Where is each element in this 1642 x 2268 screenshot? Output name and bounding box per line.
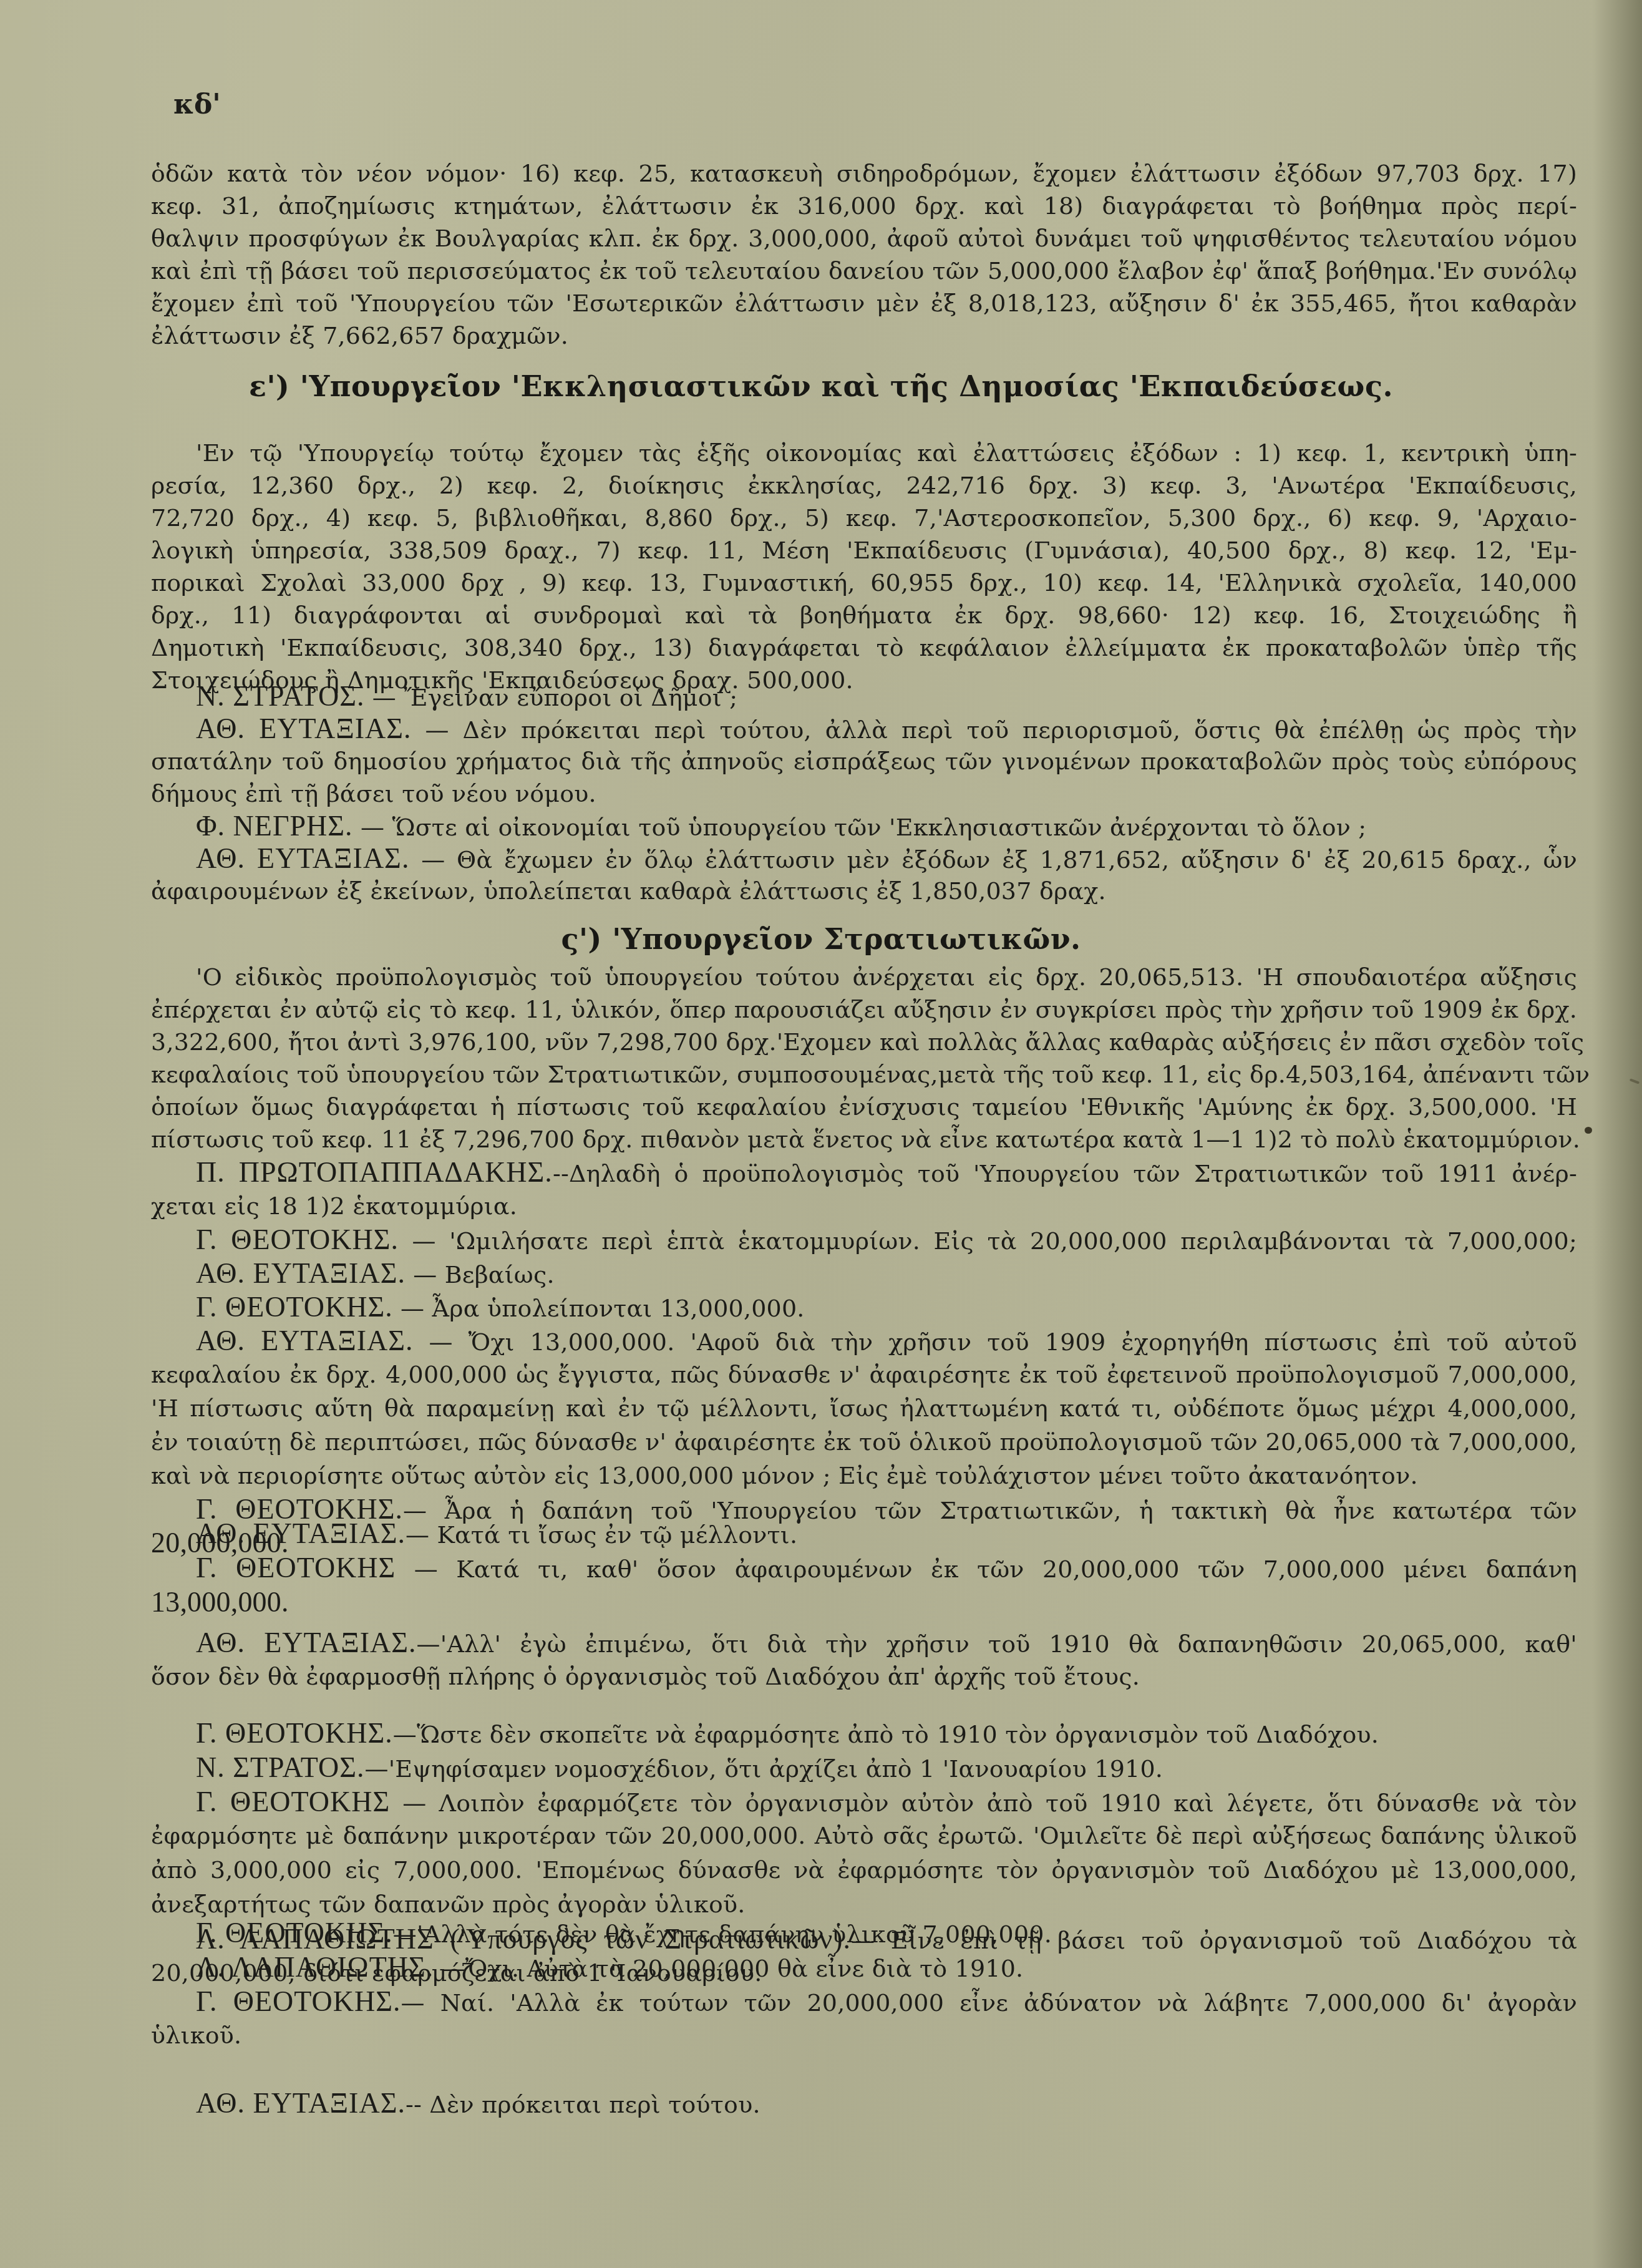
text-line: δρχ., 11) διαγράφονται αἱ συνδρομαὶ καὶ … <box>151 599 1577 631</box>
speaker-name: Π. ΠΡΩΤΟΠΑΠΠΑΔΑΚΗΣ. <box>196 1156 553 1188</box>
military-paragraph: 'Ο εἰδικὸς προϋπολογισμὸς τοῦ ὑπουργείου… <box>151 961 1577 1156</box>
text-line: 3,322,600, ἤτοι ἀντὶ 3,976,100, νῦν 7,29… <box>151 1026 1577 1058</box>
speech-text: — Ὥστε αἱ οἰκονομίαι τοῦ ὑπουργείου τῶν … <box>361 814 1366 841</box>
speech-text: Ἆρα ὑπολείπονται 13,000,000. <box>432 1295 805 1322</box>
speaker-name: Γ. ΘΕΟΤΟΚΗΣ. <box>196 1917 393 1949</box>
text-line: ἐφαρμόσητε μὲ δαπάνην μικροτέραν τῶν 20,… <box>151 1819 1577 1853</box>
speaker-turn: Ν. ΣΤΡΑΤΟΣ.—'Εψηφίσαμεν νομοσχέδιον, ὅτι… <box>151 1750 1577 1784</box>
text-line: ἔχομεν ἐπὶ τοῦ 'Υπουργείου τῶν 'Εσωτερικ… <box>151 287 1577 319</box>
speaker-turn: Λ. ΛΑΠΑΘΙΩΤΗΣ. —Ὄχι. Αὐτὰ τὰ 20,000,000 … <box>151 1950 1577 1984</box>
military-debate-part-4: Γ. ΘΕΟΤΟΚΗΣ.—'Αλλὰ τότε δὲν θὰ ἔχητε δαπ… <box>151 1915 1577 2053</box>
ecclesiastical-paragraph: 'Εν τῷ 'Υπουργείῳ τούτῳ ἔχομεν τὰς ἑξῆς … <box>151 437 1577 696</box>
section-heading-military: ς') 'Υπουργεῖον Στρατιωτικῶν. <box>0 922 1642 956</box>
speaker-turn: Γ. ΘΕΟΤΟΚΗΣ.—'Αλλὰ τότε δὲν θὰ ἔχητε δαπ… <box>151 1915 1577 1950</box>
speech-text: — Θὰ ἔχωμεν ἐν ὅλῳ ἐλάττωσιν μὲν ἐξόδων … <box>421 846 1577 874</box>
speech-text: — Ἔγειναν εὔποροι οἱ Δῆμοι ; <box>372 684 738 711</box>
text-line: ὅσον δὲν θὰ ἐφαρμοσθῇ πλήρης ὁ ὀργανισμὸ… <box>151 1660 1577 1694</box>
speech-text: 'Αλλ' ἐγὼ ἐπιμένω, ὅτι διὰ τὴν χρῆσιν το… <box>440 1630 1577 1658</box>
speaker-turn: Γ. ΘΕΟΤΟΚΗΣ. — 'Ωμιλήσατε περὶ ἑπτὰ ἑκατ… <box>151 1223 1577 1257</box>
speaker-name: Ν. ΣΤΡΑΤΟΣ. <box>196 1751 364 1783</box>
text-line: ρεσία, 12,360 δρχ., 2) κεφ. 2, διοίκησις… <box>151 469 1577 502</box>
military-debate-part-1: Π. ΠΡΩΤΟΠΑΠΠΑΔΑΚΗΣ.--Δηλαδὴ ὁ προϋπολογι… <box>151 1156 1577 1560</box>
section-heading-ecclesiastical: ε') 'Υπουργεῖον 'Εκκλησιαστικῶν καὶ τῆς … <box>0 369 1642 403</box>
speaker-turn: ΑΘ. ΕΥΤΑΞΙΑΣ.-- Δὲν πρόκειται περὶ τούτο… <box>151 2087 1577 2120</box>
text-line: ἐν τοιαύτῃ δὲ περιπτώσει, πῶς δύνασθε ν'… <box>151 1425 1577 1459</box>
text-line: 'Η πίστωσις αὕτη θὰ παραμείνῃ καὶ ἐν τῷ … <box>151 1391 1577 1425</box>
speech-text: Δηλαδὴ ὁ προϋπολογισμὸς τοῦ 'Υπουργείου … <box>569 1160 1577 1187</box>
speaker-turn: Π. ΠΡΩΤΟΠΑΠΠΑΔΑΚΗΣ.--Δηλαδὴ ὁ προϋπολογι… <box>151 1156 1577 1189</box>
speech-text: — Δὲν πρόκειται περὶ τούτου, ἀλλὰ περὶ τ… <box>425 716 1577 744</box>
speech-text: Βεβαίως. <box>445 1261 555 1288</box>
speaker-name: Γ. ΘΕΟΤΟΚΗΣ <box>196 1786 390 1818</box>
speaker-name: ΑΘ. ΕΥΤΑΞΙΑΣ. <box>196 842 409 874</box>
text-line: 'Ο εἰδικὸς προϋπολογισμὸς τοῦ ὑπουργείου… <box>151 961 1577 993</box>
page-number: κδ' <box>173 89 221 120</box>
text-line: θαλψιν προσφύγων ἐκ Βουλγαρίας κλπ. ἐκ δ… <box>151 222 1577 255</box>
speech-text: Κατά τι, καθ' ὅσον ἀφαιρουμένων ἐκ τῶν 2… <box>456 1555 1577 1583</box>
speaker-name: ΑΘ. ΕΥΤΑΞΙΑΣ. <box>196 1257 406 1289</box>
speaker-name: ΑΘ. ΕΥΤΑΞΙΑΣ. <box>196 1325 414 1356</box>
text-line: 13,000,000. <box>151 1585 1577 1619</box>
speaker-name: Ν. ΣΤΡΑΤΟΣ. <box>196 680 364 712</box>
speech-text: Ὄχι 13,000,000. 'Αφοῦ διὰ τὴν χρῆσιν τοῦ… <box>469 1328 1577 1356</box>
speaker-name: Γ. ΘΕΟΤΟΚΗΣ. <box>196 1717 393 1749</box>
speaker-name: Γ. ΘΕΟΤΟΚΗΣ. <box>196 1291 393 1323</box>
interior-ministry-paragraph: ὁδῶν κατὰ τὸν νέον νόμον· 16) κεφ. 25, κ… <box>151 157 1577 352</box>
text-line: ὑλικοῦ. <box>151 2018 1577 2053</box>
speech-text: Ὄχι. Αὐτὰ τὰ 20,000,000 θὰ εἶνε διὰ τὸ 1… <box>465 1955 1024 1982</box>
speaker-name: ΑΘ. ΕΥΤΑΞΙΑΣ. <box>196 2087 406 2119</box>
text-line: δήμους ἐπὶ τῇ βάσει τοῦ νέου νόμου. <box>151 777 1577 810</box>
speaker-turn: Φ. ΝΕΓΡΗΣ. — Ὥστε αἱ οἰκονομίαι τοῦ ὑπου… <box>151 810 1577 842</box>
speaker-name: Λ. ΛΑΠΑΘΙΩΤΗΣ. <box>196 1951 434 1983</box>
paper-blemish-mark <box>1630 1078 1640 1084</box>
speech-text: Δὲν πρόκειται περὶ τούτου. <box>429 2091 760 2118</box>
speech-text: Κατά τι ἴσως ἐν τῷ μέλλοντι. <box>437 1521 797 1549</box>
text-line: ἀφαιρουμένων ἐξ ἐκείνων, ὑπολείπεται καθ… <box>151 875 1577 907</box>
speaker-turn: Γ. ΘΕΟΤΟΚΗΣ — Λοιπὸν ἐφαρμόζετε τὸν ὀργα… <box>151 1784 1577 1819</box>
speech-text: 'Ωμιλήσατε περὶ ἑπτὰ ἑκατομμυρίων. Εἰς τ… <box>449 1227 1577 1255</box>
text-line: ἐπέρχεται ἐν αὐτῷ εἰς τὸ κεφ. 11, ὑλικόν… <box>151 993 1577 1026</box>
scanned-page: κδ' ὁδῶν κατὰ τὸν νέον νόμον· 16) κεφ. 2… <box>0 0 1642 2268</box>
text-line: Δημοτικὴ 'Εκπαίδευσις, 308,340 δρχ., 13)… <box>151 631 1577 664</box>
text-line: κεφαλαίοις τοῦ ὑπουργείου τῶν Στρατιωτικ… <box>151 1058 1577 1091</box>
speech-text: Ναί. 'Αλλὰ ἐκ τούτων τῶν 20,000,000 εἶνε… <box>440 1989 1577 2017</box>
speaker-turn: ΑΘ. ΕΥΤΑΞΙΑΣ. — Βεβαίως. <box>151 1257 1577 1290</box>
speech-text: 'Εψηφίσαμεν νομοσχέδιον, ὅτι ἀρχίζει ἀπὸ… <box>389 1755 1163 1783</box>
text-line: κεφαλαίου ἐκ δρχ. 4,000,000 ὡς ἔγγιστα, … <box>151 1358 1577 1391</box>
text-line: κεφ. 31, ἀποζημίωσις κτημάτων, ἐλάττωσιν… <box>151 190 1577 222</box>
speaker-name: Φ. ΝΕΓΡΗΣ. <box>196 810 353 842</box>
speaker-name: Γ. ΘΕΟΤΟΚΗΣ. <box>196 1224 399 1255</box>
speaker-name: ΑΘ. ΕΥΤΑΞΙΑΣ. <box>196 1517 406 1549</box>
speaker-name: Γ. ΘΕΟΤΟΚΗΣ. <box>196 1985 401 2017</box>
speech-text: Λοιπὸν ἐφαρμόζετε τὸν ὀργανισμὸν αὐτὸν ἀ… <box>439 1789 1577 1817</box>
text-line: πίστωσις τοῦ κεφ. 11 ἐξ 7,296,700 δρχ. π… <box>151 1123 1577 1156</box>
speaker-name: ΑΘ. ΕΥΤΑΞΙΑΣ. <box>196 713 412 744</box>
speaker-turn: Γ. ΘΕΟΤΟΚΗΣ.— Ναί. 'Αλλὰ ἐκ τούτων τῶν 2… <box>151 1984 1577 2018</box>
text-line: καὶ ἐπὶ τῇ βάσει τοῦ περισσεύματος ἐκ το… <box>151 255 1577 287</box>
speaker-turn: Γ. ΘΕΟΤΟΚΗΣ — Κατά τι, καθ' ὅσον ἀφαιρου… <box>151 1550 1577 1585</box>
speaker-turn: ΑΘ. ΕΥΤΑΞΙΑΣ. — Ὄχι 13,000,000. 'Αφοῦ δι… <box>151 1324 1577 1358</box>
speaker-turn: ΑΘ. ΕΥΤΑΞΙΑΣ.— Κατά τι ἴσως ἐν τῷ μέλλον… <box>151 1516 1577 1550</box>
text-line: σπατάλην τοῦ δημοσίου χρήματος διὰ τῆς ἀ… <box>151 745 1577 777</box>
military-debate-part-2: ΑΘ. ΕΥΤΑΞΙΑΣ.— Κατά τι ἴσως ἐν τῷ μέλλον… <box>151 1516 1577 1694</box>
text-line: χεται εἰς 18 1)2 ἑκατομμύρια. <box>151 1189 1577 1223</box>
speaker-turn: ΑΘ. ΕΥΤΑΞΙΑΣ. — Θὰ ἔχωμεν ἐν ὅλῳ ἐλάττωσ… <box>151 842 1577 875</box>
speaker-turn: Ν. ΣΤΡΑΤΟΣ. — Ἔγειναν εὔποροι οἱ Δῆμοι ; <box>151 680 1577 713</box>
text-line: ὁδῶν κατὰ τὸν νέον νόμον· 16) κεφ. 25, κ… <box>151 157 1577 190</box>
text-line: ἐλάττωσιν ἐξ 7,662,657 δραχμῶν. <box>151 319 1577 352</box>
text-line: πορικαὶ Σχολαὶ 33,000 δρχ , 9) κεφ. 13, … <box>151 567 1577 599</box>
text-line: 72,720 δρχ., 4) κεφ. 5, βιβλιοθῆκαι, 8,8… <box>151 502 1577 534</box>
speaker-turn: Γ. ΘΕΟΤΟΚΗΣ.—Ὥστε δὲν σκοπεῖτε νὰ ἐφαρμό… <box>151 1716 1577 1750</box>
ink-speck-mark <box>1585 1127 1592 1134</box>
speaker-turn: ΑΘ. ΕΥΤΑΞΙΑΣ. — Δὲν πρόκειται περὶ τούτο… <box>151 713 1577 745</box>
text-line: καὶ νὰ περιορίσητε οὕτως αὐτὸν εἰς 13,00… <box>151 1459 1577 1492</box>
text-line: ἀπὸ 3,000,000 εἰς 7,000,000. 'Επομένως δ… <box>151 1853 1577 1887</box>
text-line: ὁποίων ὅμως διαγράφεται ἡ πίστωσις τοῦ κ… <box>151 1091 1577 1123</box>
speaker-turn: ΑΘ. ΕΥΤΑΞΙΑΣ.—'Αλλ' ἐγὼ ἐπιμένω, ὅτι διὰ… <box>151 1625 1577 1660</box>
speaker-name: ΑΘ. ΕΥΤΑΞΙΑΣ. <box>196 1627 417 1658</box>
text-line: 'Εν τῷ 'Υπουργείῳ τούτῳ ἔχομεν τὰς ἑξῆς … <box>151 437 1577 469</box>
speaker-name: Γ. ΘΕΟΤΟΚΗΣ <box>196 1552 396 1584</box>
speech-text: Ὥστε δὲν σκοπεῖτε νὰ ἐφαρμόσητε ἀπὸ τὸ 1… <box>417 1721 1379 1748</box>
military-debate-closing: ΑΘ. ΕΥΤΑΞΙΑΣ.-- Δὲν πρόκειται περὶ τούτο… <box>151 2087 1577 2120</box>
ecclesiastical-exchange: Ν. ΣΤΡΑΤΟΣ. — Ἔγειναν εὔποροι οἱ Δῆμοι ;… <box>151 680 1577 907</box>
speaker-turn: Γ. ΘΕΟΤΟΚΗΣ. — Ἆρα ὑπολείπονται 13,000,0… <box>151 1290 1577 1324</box>
text-line: λογικὴ ὑπηρεσία, 338,509 δραχ., 7) κεφ. … <box>151 534 1577 567</box>
speech-text: 'Αλλὰ τότε δὲν θὰ ἔχητε δαπάνην ὑλικοῦ 7… <box>417 1920 1052 1948</box>
